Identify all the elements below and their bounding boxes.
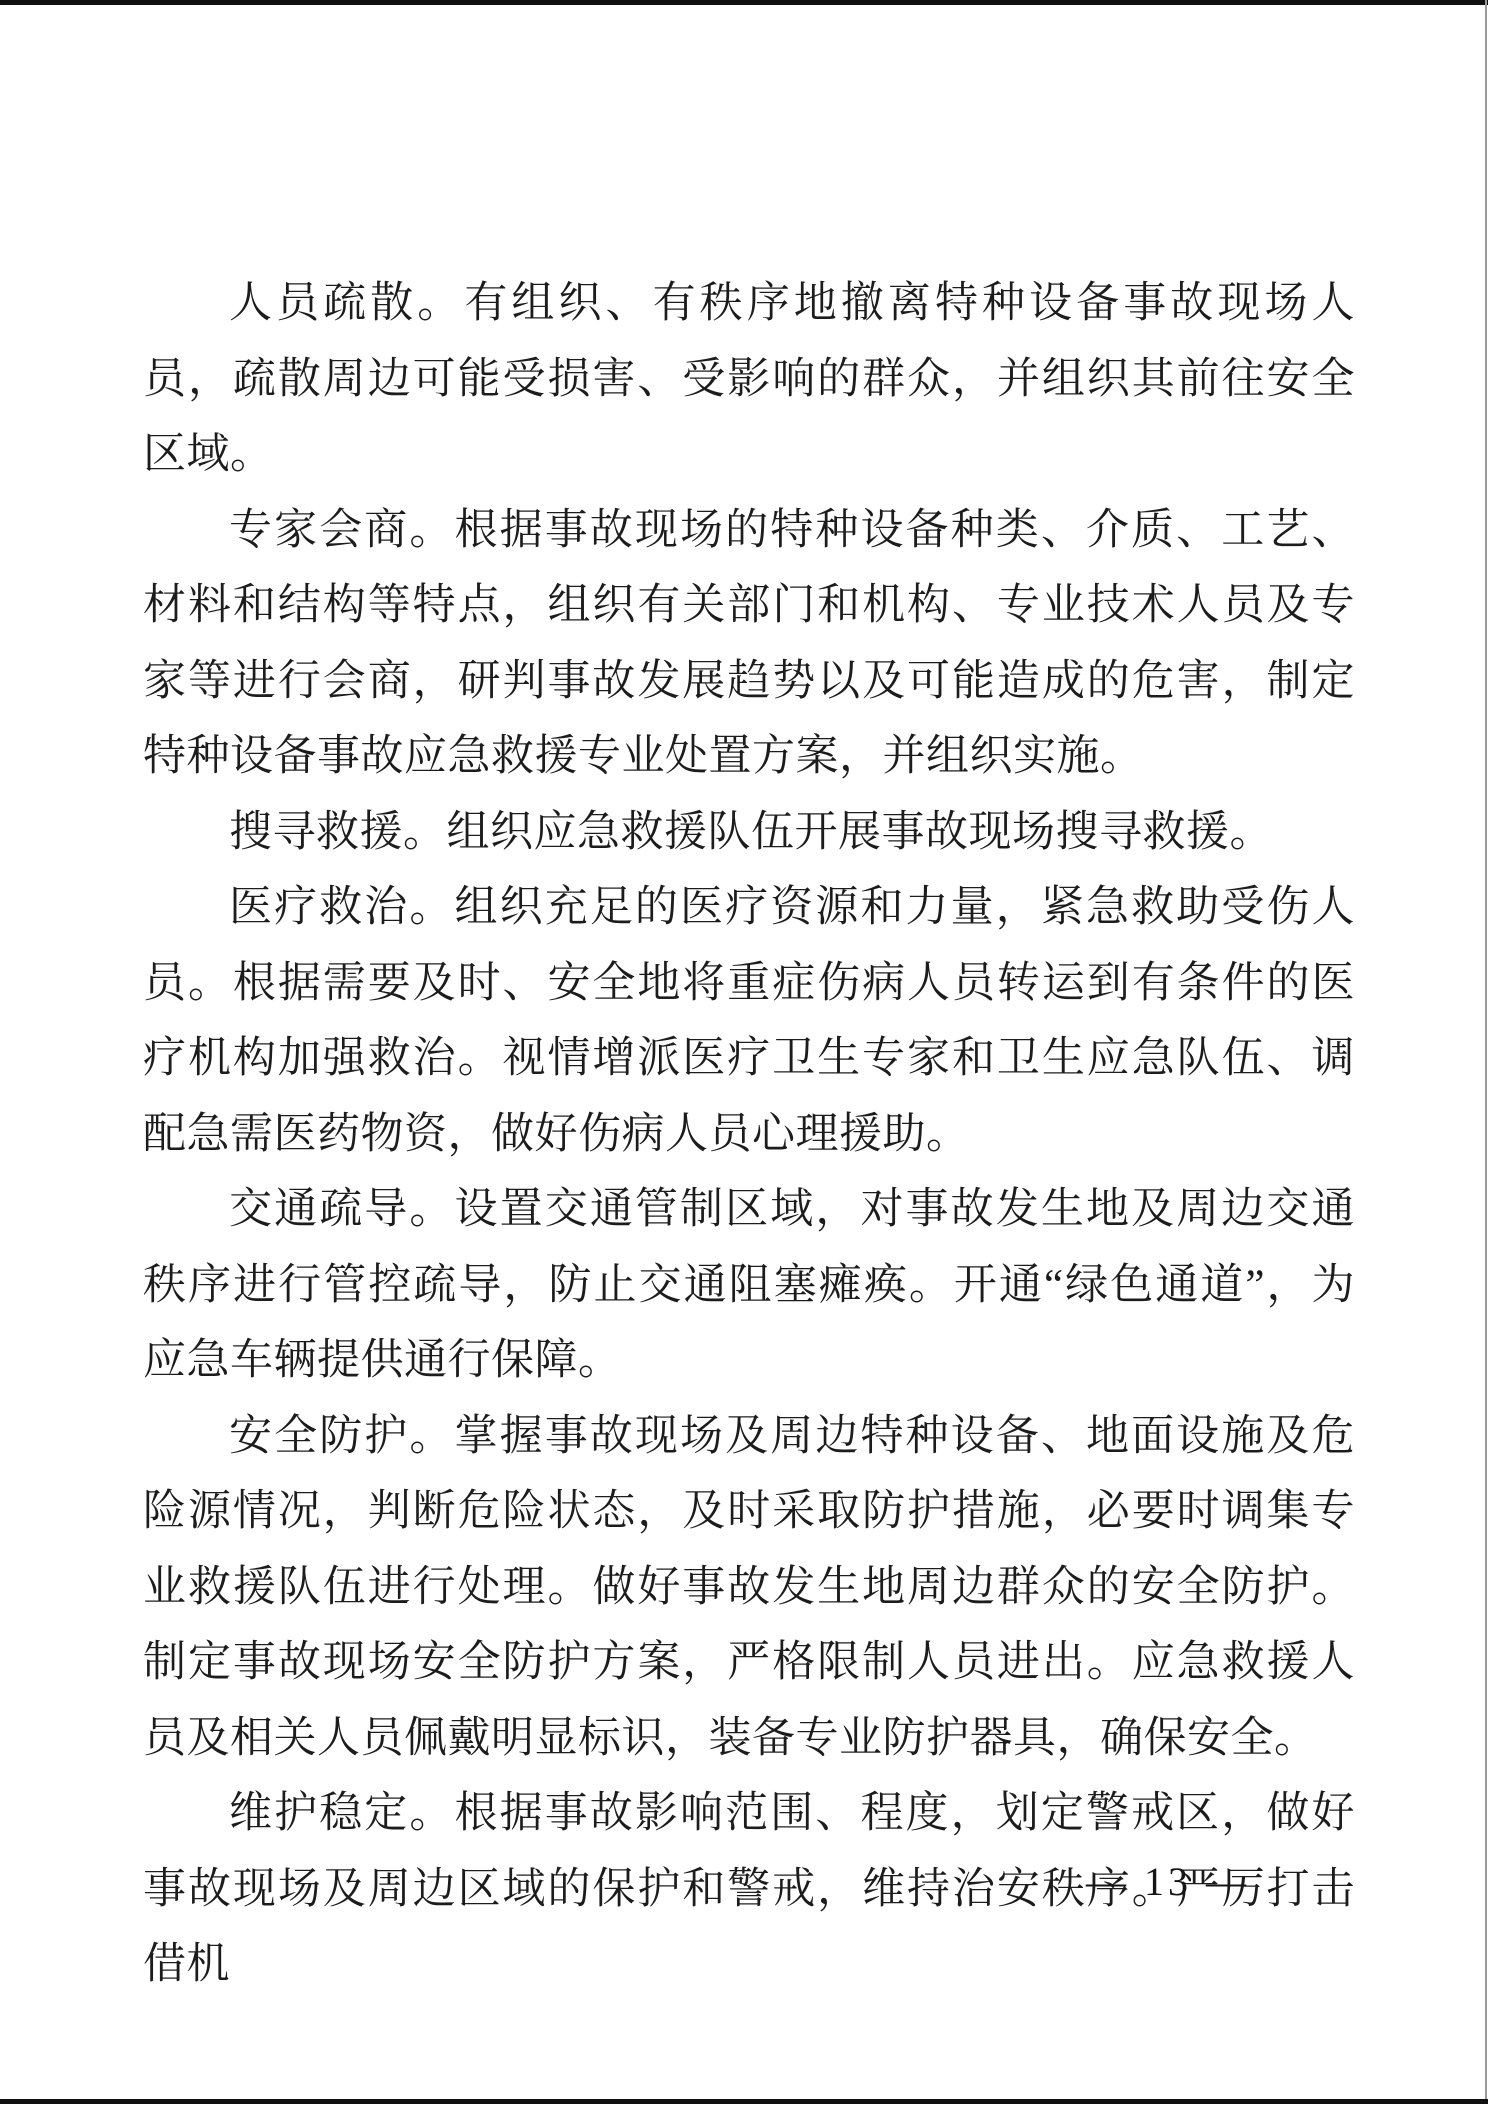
page-border-bottom bbox=[0, 2099, 1488, 2104]
page-border-right bbox=[1485, 0, 1487, 2104]
paragraph-traffic-guidance: 交通疏导。设置交通管制区域，对事故发生地及周边交通秩序进行管控疏导，防止交通阻塞… bbox=[143, 1172, 1355, 1399]
paragraph-personnel-evacuation: 人员疏散。有组织、有秩序地撤离特种设备事故现场人员，疏散周边可能受损害、受影响的… bbox=[143, 266, 1355, 493]
page-border-top bbox=[0, 0, 1488, 5]
paragraph-expert-consultation: 专家会商。根据事故现场的特种设备种类、介质、工艺、材料和结构等特点，组织有关部门… bbox=[143, 493, 1355, 795]
document-page: 人员疏散。有组织、有秩序地撤离特种设备事故现场人员，疏散周边可能受损害、受影响的… bbox=[0, 0, 1488, 2104]
paragraph-medical-treatment: 医疗救治。组织充足的医疗资源和力量，紧急救助受伤人员。根据需要及时、安全地将重症… bbox=[143, 870, 1355, 1172]
paragraph-safety-protection: 安全防护。掌握事故现场及周边特种设备、地面设施及危险源情况，判断危险状态，及时采… bbox=[143, 1399, 1355, 1777]
document-body: 人员疏散。有组织、有秩序地撤离特种设备事故现场人员，疏散周边可能受损害、受影响的… bbox=[143, 266, 1355, 2003]
paragraph-search-and-rescue: 搜寻救援。组织应急救援队伍开展事故现场搜寻救援。 bbox=[143, 795, 1355, 871]
page-number: — 13 — bbox=[1086, 1858, 1250, 1906]
